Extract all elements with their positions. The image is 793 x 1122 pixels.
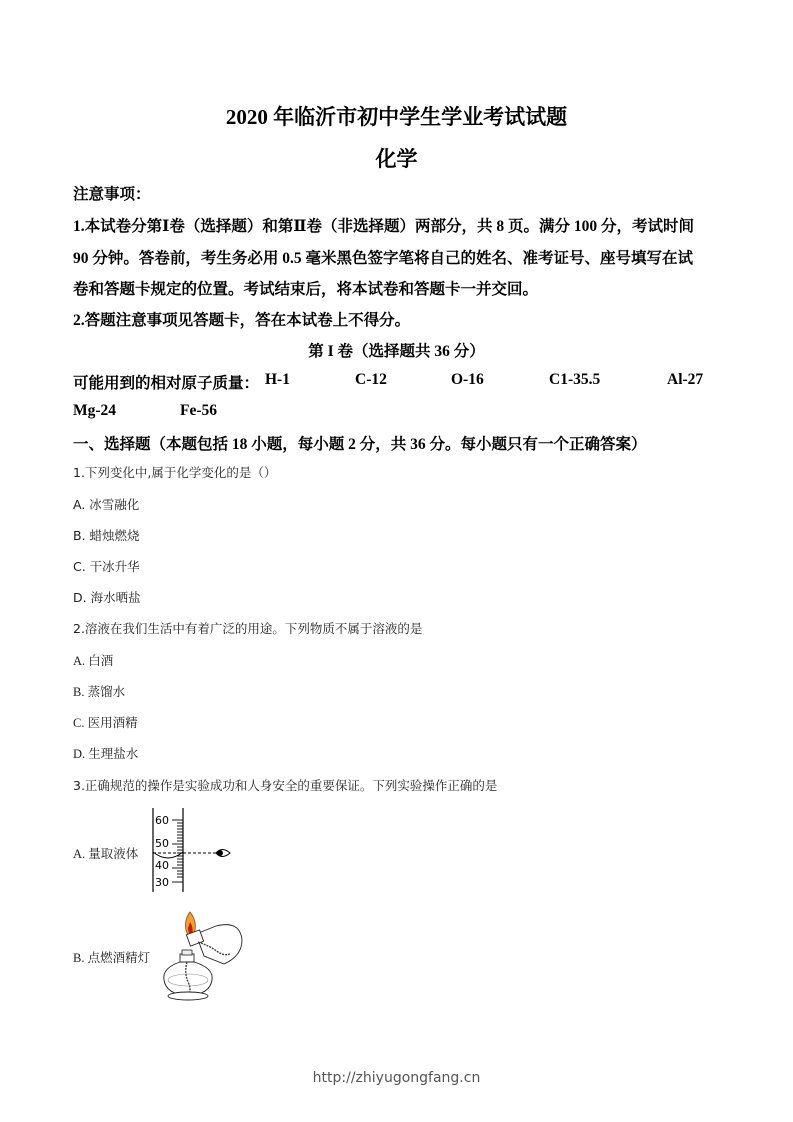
scale-label-60: 60: [155, 814, 169, 827]
question-option: A. 量取液体: [73, 844, 138, 862]
question-stem: 1.下列变化中,属于化学变化的是（）: [73, 463, 276, 481]
notice-line: 2.答题注意事项见答题卡，答在本试卷上不得分。: [73, 308, 410, 330]
document-subject: 化学: [0, 143, 793, 173]
scale-label-30: 30: [155, 876, 169, 889]
alcohol-lamp-icon: [158, 910, 246, 1002]
scale-label-50: 50: [155, 837, 169, 850]
footer-url[interactable]: http://zhiyugongfang.cn: [0, 1070, 793, 1086]
atomic-mass-c: C-12: [355, 371, 387, 389]
atomic-mass-label: 可能用到的相对原子质量：: [73, 371, 259, 393]
atomic-mass-cl: C1-35.5: [549, 371, 600, 389]
notice-heading: 注意事项：: [73, 182, 151, 204]
question-option: B. 点燃酒精灯: [73, 948, 150, 966]
question-option: B. 蜡烛燃烧: [73, 526, 140, 544]
scale-label-40: 40: [155, 859, 169, 872]
question-option: A. 白酒: [73, 651, 113, 669]
document-title: 2020 年临沂市初中学生学业考试试题: [0, 101, 793, 131]
atomic-mass-fe: Fe-56: [180, 402, 217, 420]
question-stem: 2.溶液在我们生活中有着广泛的用途。下列物质不属于溶液的是: [73, 619, 422, 637]
eye-icon: [216, 850, 230, 857]
atomic-mass-h: H-1: [265, 371, 290, 389]
notice-line: 90 分钟。答卷前，考生务必用 0.5 毫米黑色签字笔将自己的姓名、准考证号、座…: [73, 246, 693, 268]
question-option: B. 蒸馏水: [73, 682, 125, 700]
atomic-mass-al: Al-27: [667, 371, 703, 389]
graduated-cylinder-figure: 60 50 40 30: [150, 808, 240, 894]
notice-line: 1.本试卷分第Ⅰ卷（选择题）和第Ⅱ卷（非选择题）两部分，共 8 页。满分 100…: [73, 214, 694, 236]
atomic-mass-o: O-16: [451, 371, 484, 389]
section-heading: 第 I 卷（选择题共 36 分）: [0, 339, 793, 361]
question-stem: 3.正确规范的操作是实验成功和人身安全的重要保证。下列实验操作正确的是: [73, 776, 497, 794]
notice-line: 卷和答题卡规定的位置。考试结束后，将本试卷和答题卡一并交回。: [73, 277, 538, 299]
question-option: D. 生理盐水: [73, 744, 138, 762]
question-option: A. 冰雪融化: [73, 495, 139, 513]
atomic-mass-mg: Mg-24: [73, 402, 116, 420]
question-option: C. 医用酒精: [73, 713, 138, 731]
part-heading: 一、选择题（本题包括 18 小题，每小题 2 分，共 36 分。每小题只有一个正…: [73, 432, 647, 454]
question-option: C. 干冰升华: [73, 557, 140, 575]
question-option: D. 海水晒盐: [73, 588, 141, 606]
